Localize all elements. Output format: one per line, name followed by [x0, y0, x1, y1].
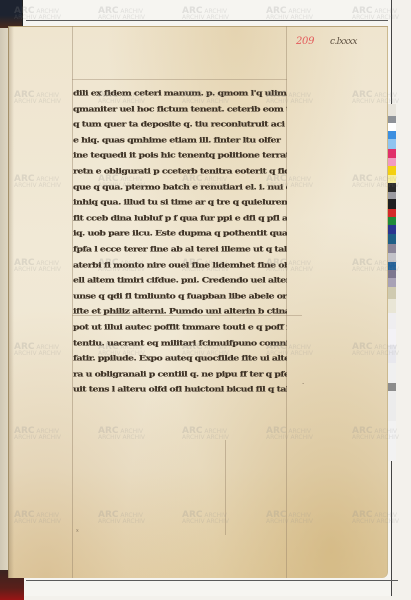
calibration-swatch: [388, 287, 396, 299]
margin-mark: ·: [302, 380, 304, 388]
calibration-swatch: [388, 313, 396, 329]
calibration-swatch: [388, 383, 396, 391]
color-calibration-strip: [388, 104, 396, 461]
binding-edge-top: [0, 0, 22, 28]
calibration-swatch: [388, 166, 396, 175]
text-line: inhiq qua. illud tu si time ar q tre q q…: [73, 197, 287, 210]
calibration-swatch: [388, 104, 396, 116]
text-line: e hiq. quas qmhime etiam ill. finter ltu…: [73, 134, 287, 147]
text-line: pot ut illui autec poffit tmmare touti e…: [73, 321, 287, 334]
calibration-swatch: [388, 225, 396, 234]
calibration-swatch: [388, 139, 396, 149]
folio-gutter-shadow: [8, 26, 14, 578]
calibration-swatch: [388, 149, 396, 158]
margin-mark: ˣ: [76, 528, 79, 536]
backing-rule-bottom: [26, 580, 398, 581]
calibration-swatch: [388, 158, 396, 166]
calibration-swatch: [388, 116, 396, 123]
text-line: qmaniter uel hoc fictum tenent. ceterib …: [73, 103, 287, 116]
text-line: uit tens l alteru olfd ofl huictonl bicu…: [73, 384, 287, 397]
calibration-swatch: [388, 175, 396, 183]
calibration-swatch: [388, 363, 396, 383]
calibration-swatch: [388, 329, 396, 345]
text-line: fit cceb dina lubluf p f qua fur ppi e d…: [73, 212, 287, 225]
text-line: ifte et philiz alterni. Pumdo unl alteri…: [73, 306, 287, 319]
calibration-swatch: [388, 345, 396, 363]
text-line: que q qua. ptermo batch e renutiari el. …: [73, 181, 287, 194]
calibration-swatch: [388, 244, 396, 253]
text-line: iq. uob pare ilcu. Este dupma q pothenti…: [73, 228, 287, 241]
text-line: ell altem timiri cifdue. pni. Credendo u…: [73, 275, 287, 288]
text-line: fatir. ppilude. Expo auteq quocfilde fit…: [73, 352, 287, 365]
calibration-swatch: [388, 262, 396, 270]
calibration-swatch: [388, 278, 396, 287]
calibration-swatch: [388, 299, 396, 313]
calibration-swatch: [388, 199, 396, 209]
ruling-inner: [225, 440, 226, 535]
calibration-swatch: [388, 123, 396, 131]
calibration-swatch: [388, 270, 396, 278]
text-line: ine tequedi it pois hic tenentq polition…: [73, 150, 287, 163]
roman-folio-number: c.lxxxx: [330, 37, 357, 47]
text-block: dili ex fidem ceteri manum. p. qmom l'q …: [73, 86, 287, 398]
calibration-swatch: [388, 421, 396, 461]
calibration-swatch: [388, 183, 396, 192]
text-line: q tum quer ta deposite q. tiu reconlutru…: [73, 119, 287, 132]
calibration-swatch: [388, 253, 396, 262]
calibration-swatch: [388, 209, 396, 217]
folio-number: 209: [296, 36, 314, 47]
backing-rule-top: [26, 20, 388, 21]
text-line: unse q qdi fl tmliunto q fuapban libe ab…: [73, 290, 287, 303]
text-line: fpfa l ecce terer fine ab al terei illem…: [73, 243, 287, 256]
adjacent-folio-edge: [0, 28, 8, 570]
calibration-swatch: [388, 234, 396, 244]
text-line: ra u obligranali p centiil q. ne pipu ff…: [73, 368, 287, 381]
ruling-top: [72, 79, 287, 80]
calibration-swatch: [388, 391, 396, 421]
text-line: retn e obligurati p cceterb tenitra eote…: [73, 165, 287, 178]
text-line: tentiu. uacrant eq militari fcimuifpuno …: [73, 337, 287, 350]
text-line: aterbi fl monto nire ouel fine lidemhet …: [73, 259, 287, 272]
image-viewer: 209 c.lxxxx dili ex fidem ceteri manum. …: [0, 0, 411, 600]
calibration-swatch: [388, 217, 396, 225]
calibration-swatch: [388, 192, 396, 199]
calibration-swatch: [388, 131, 396, 139]
text-line: dili ex fidem ceteri manum. p. qmom l'q …: [73, 87, 287, 100]
